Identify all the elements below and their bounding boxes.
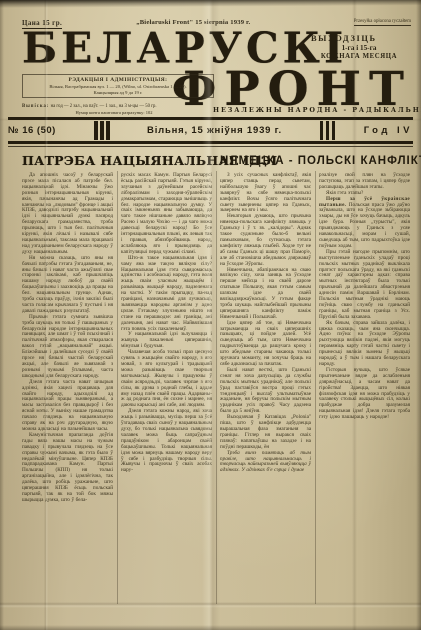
scan-edge-top xyxy=(0,0,421,8)
editorial-office-address: Вільня, Вастрабрамская вул. 1 — 20, (Wil… xyxy=(26,84,210,89)
scan-edge-right xyxy=(416,0,421,630)
editorial-office-hours: Канцылярыя ад 9 да 19 г. xyxy=(26,90,210,95)
scan-edge-left xyxy=(0,0,4,630)
postage-note: Przesyłka opłacona ryczałtem xyxy=(354,19,411,26)
triple-bar-ornament-left xyxy=(94,121,110,140)
subscription-prices: на год — 2 зал., на паўг. — 1 зал., на 3… xyxy=(51,104,157,109)
triple-bar-ornament-right xyxy=(320,121,336,140)
issue-number: № 16 (50) xyxy=(8,125,94,136)
dateline-bar: № 16 (50) Вільня, 15 жніўня 1939 г. Год … xyxy=(8,120,413,140)
article-column: З усіх сучасных канфліктаў, якія цяпер с… xyxy=(220,171,316,604)
article-column: Да апошніх часоў у беларускай прэсе мала… xyxy=(22,171,118,604)
postal-account-number: Нумар конта паштовага разрахунку: 102 xyxy=(22,110,206,115)
rule-below-dateline-thin xyxy=(8,146,413,147)
subscription-rates: Выпіска: на год — 2 зал., на паўг. — 1 з… xyxy=(22,104,206,109)
newspaper-front-page: Цана 15 гр. „Biełaruski Front" 15 sierpn… xyxy=(0,0,421,630)
subscription-info: Выпіска: на год — 2 зал., на паўг. — 1 з… xyxy=(22,104,206,115)
rule-below-dateline-thick xyxy=(8,141,413,144)
article-1-headline: ПАТРЭБА НАЦЫЯНАЛЬНАЕ ІДЭІ xyxy=(22,153,212,168)
articles-grid: ПАТРЭБА НАЦЫЯНАЛЬНАЕ ІДЭІ НЯМЕЦКА - ПОЛЬ… xyxy=(22,150,410,604)
article-column: рэалізуе свой плян на ўсходзе паступова,… xyxy=(319,171,410,604)
newspaper-subtitle: НЕЗАЛЕЖНЫ НАРОДНА - РАДЫКАЛЬНЫ ЧАСАПІС xyxy=(213,106,411,114)
place-and-date: Вільня, 15 жніўня 1939 г. xyxy=(110,125,320,136)
editorial-office-box: РЭДАКЦЫЯ І АДМІНІСТРАЦЫЯ: Вільня, Вастра… xyxy=(22,74,214,98)
subscription-label: Выпіска: xyxy=(22,104,49,109)
article-2-headline: НЯМЕЦКА - ПОЛЬСКІ КАНФЛІКТ. xyxy=(220,155,410,167)
article-column: рускіх масах Камун. Партыя Беларусі ёсьц… xyxy=(121,171,217,604)
publication-year: Год IV xyxy=(335,125,413,136)
scan-edge-bottom xyxy=(0,625,421,630)
editorial-office-title: РЭДАКЦЫЯ І АДМІНІСТРАЦЫЯ: xyxy=(26,77,210,83)
